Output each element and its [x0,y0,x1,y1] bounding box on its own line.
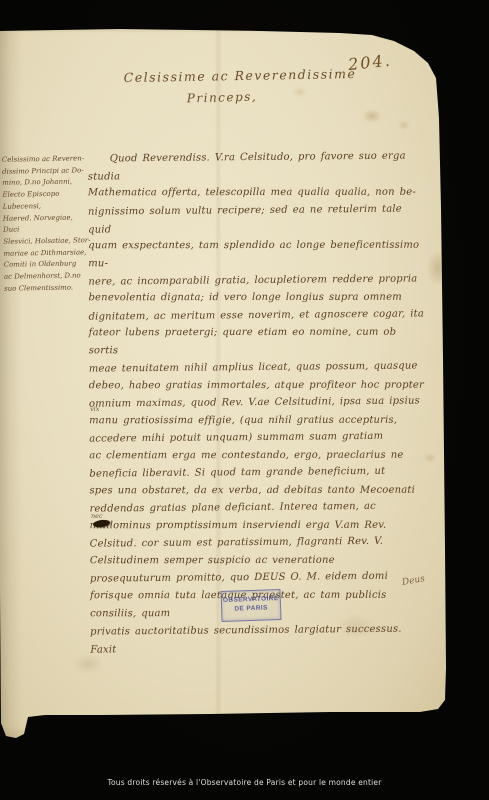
body-text-line: Mathematica offerta, telescopilla mea qu… [88,184,429,202]
body-text-line: omnium maximas, quod Rev. V.ae Celsitudi… [89,392,430,413]
margin-note-line: Electo Episcopo Lubecensi, [2,188,90,213]
body-text-line: Celsitud. cor suum est paratissimum, fla… [90,532,431,553]
manuscript-page: 204. Celsissime ac Reverendissime Prince… [0,28,447,740]
body-text-line: quam exspectantes, tam splendido ac long… [88,236,429,272]
body-text-line: manu gratiosissima effigie, (qua nihil g… [89,411,430,429]
copyright-caption: Tous droits réservés à l'Observatoire de… [0,778,489,787]
body-text-line: Celsitudinem semper suspicio ac venerati… [90,551,431,569]
body-text-line: reddendas gratias plane deficiant. Inter… [89,497,430,518]
salutation-line-2: Princeps, [77,87,367,109]
body-text-line: Quod Reverendiss. V.ra Celsitudo, pro fa… [88,147,429,185]
body-text-line: meae tenuitatem nihil amplius liceat, qu… [89,357,430,378]
body-text-line: ac clementiam erga me contestando, ergo,… [89,446,430,464]
interlinear-correction-2: nec [91,512,103,520]
body-text-line: debeo, habeo gratias immortales, atque p… [89,376,430,394]
observatory-stamp: OBSERVATOIRE DE PARIS [220,589,281,622]
body-text-line: spes una obstaret, da ex verba, ad debit… [89,481,430,499]
letter-body: Quod Reverendiss. V.ra Celsitudo, pro fa… [88,148,432,657]
body-text-line: fateor lubens praetergi; quare etiam eo … [89,324,430,360]
body-text-line: privatis auctoritatibus secundissimos la… [90,620,431,658]
body-text-line: nihilominus promptissimum inserviendi er… [90,516,431,534]
body-text-line: dignitatem, ac meritum esse noverim, et … [88,305,429,326]
body-text-line: beneficia liberavit. Si quod tam grande … [89,462,430,483]
body-text-line: benevolentia dignata; id vero longe long… [88,289,429,307]
margin-note-line: Haered. Norvegiae, Duci [3,212,91,237]
salutation-line-1: Celsissime ac Reverendissime [95,65,385,85]
margin-note-line: dissimo Principi ac Do- [2,165,90,178]
margin-note-line: suo Clementissimo. [4,282,92,295]
letter-salutation: Celsissime ac Reverendissime Princeps, [95,68,385,104]
margin-note-line: ac Delmenhorst, D.no [4,270,92,283]
body-text-line: nere, ac incomparabili gratia, locupleti… [88,270,429,291]
margin-note-line: mariae ac Dithmarsiae, [3,247,91,260]
margin-address-note: Celsissimo ac Reveren-dissimo Principi a… [2,153,92,295]
body-text-line: accedere mihi potuit unquam) summam suam… [89,427,430,448]
interlinear-correction-1: vix [90,405,99,413]
body-text-line: nignissimo solum vultu recipere; sed ea … [88,200,429,238]
body-text-line: prosequuturum promitto, quo DEUS O. M. e… [90,567,431,588]
margin-note-line: Slesvici, Holsatiae, Stor- [3,235,91,248]
manuscript-scan: 204. Celsissime ac Reverendissime Prince… [0,0,489,800]
